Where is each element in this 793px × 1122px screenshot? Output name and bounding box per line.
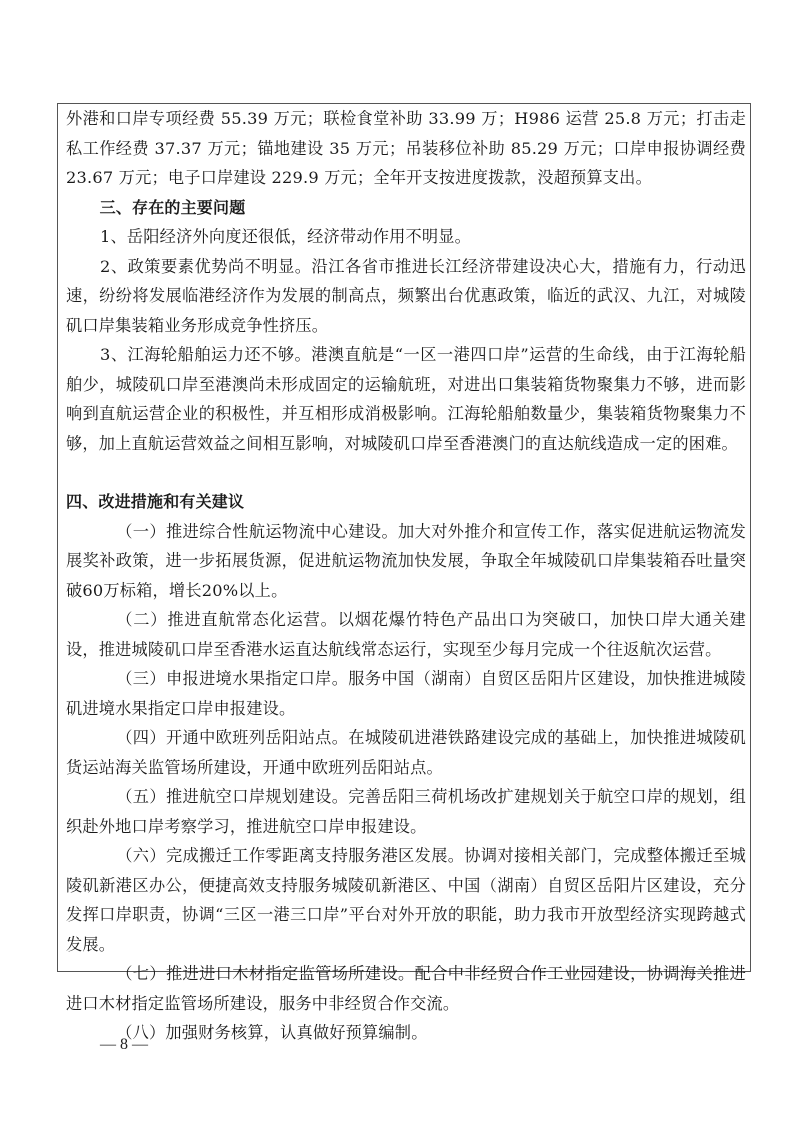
problem-item-3: 3、江海轮船舶运力还不够。港澳直航是“一区一港四口岸”运营的生命线，由于江海轮船… <box>66 340 746 458</box>
measure-item-8: （八）加强财务核算，认真做好预算编制。 <box>66 1018 746 1048</box>
section-4-heading: 四、改进措施和有关建议 <box>66 487 746 517</box>
spacer <box>66 458 746 487</box>
measure-item-7: （七）推进进口木材指定监管场所建设。配合中非经贸合作工业园建设，协调海关推进进口… <box>66 959 746 1018</box>
problem-item-1: 1、岳阳经济外向度还很低，经济带动作用不明显。 <box>66 222 746 252</box>
problem-item-2: 2、政策要素优势尚不明显。沿江各省市推进长江经济带建设决心大，措施有力，行动迅速… <box>66 252 746 341</box>
measure-item-5: （五）推进航空口岸规划建设。完善岳阳三荷机场改扩建规划关于航空口岸的规划，组织赴… <box>66 782 746 841</box>
measure-item-2: （二）推进直航常态化运营。以烟花爆竹特色产品出口为突破口，加快口岸大通关建设，推… <box>66 605 746 664</box>
continuation-paragraph: 外港和口岸专项经费 55.39 万元；联检食堂补助 33.99 万；H986 运… <box>66 104 746 193</box>
measure-item-6: （六）完成搬迁工作零距离支持服务港区发展。协调对接相关部门，完成整体搬迁至城陵矶… <box>66 841 746 959</box>
page-number: — 8 — <box>100 1036 148 1054</box>
content-text: 外港和口岸专项经费 55.39 万元；联检食堂补助 33.99 万；H986 运… <box>66 104 746 1048</box>
content-box: 外港和口岸专项经费 55.39 万元；联检食堂补助 33.99 万；H986 运… <box>57 104 751 972</box>
measure-item-3: （三）申报进境水果指定口岸。服务中国（湖南）自贸区岳阳片区建设，加快推进城陵矶进… <box>66 664 746 723</box>
measure-item-1: （一）推进综合性航运物流中心建设。加大对外推介和宣传工作，落实促进航运物流发展奖… <box>66 517 746 606</box>
measure-item-4: （四）开通中欧班列岳阳站点。在城陵矶进港铁路建设完成的基础上，加快推进城陵矶货运… <box>66 723 746 782</box>
section-3-heading: 三、存在的主要问题 <box>66 193 746 223</box>
